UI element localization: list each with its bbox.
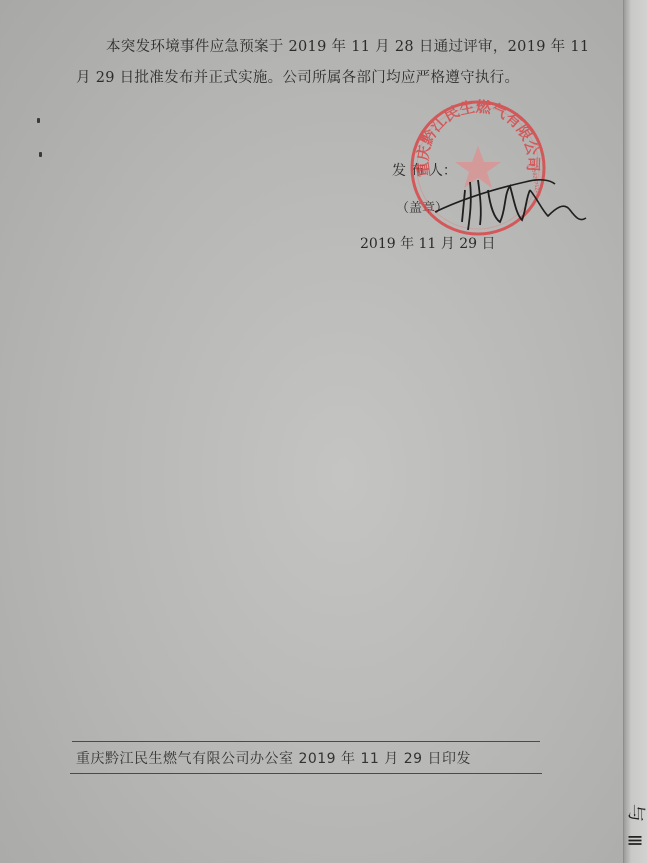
- edge-text-fragment: Ⅲ: [624, 834, 645, 846]
- footer-issuer-line: 重庆黔江民生燃气有限公司办公室 2019 年 11 月 29 日印发: [76, 748, 471, 768]
- footer-top-rule: [72, 741, 540, 742]
- body-line-1: 本突发环境事件应急预案于 2019 年 11 月 28 日通过评审，2019 年…: [76, 32, 556, 63]
- punch-mark: [37, 118, 40, 123]
- footer-bottom-rule: [70, 773, 542, 774]
- adjacent-page-edge: [623, 0, 647, 863]
- body-line-2: 月 29 日批准发布并正式实施。公司所属各部门均应严格遵守执行。: [76, 63, 556, 94]
- punch-mark: [39, 152, 42, 157]
- signature: [430, 150, 590, 240]
- body-paragraph: 本突发环境事件应急预案于 2019 年 11 月 28 日通过评审，2019 年…: [76, 32, 556, 94]
- edge-text-fragment: 与: [624, 804, 647, 822]
